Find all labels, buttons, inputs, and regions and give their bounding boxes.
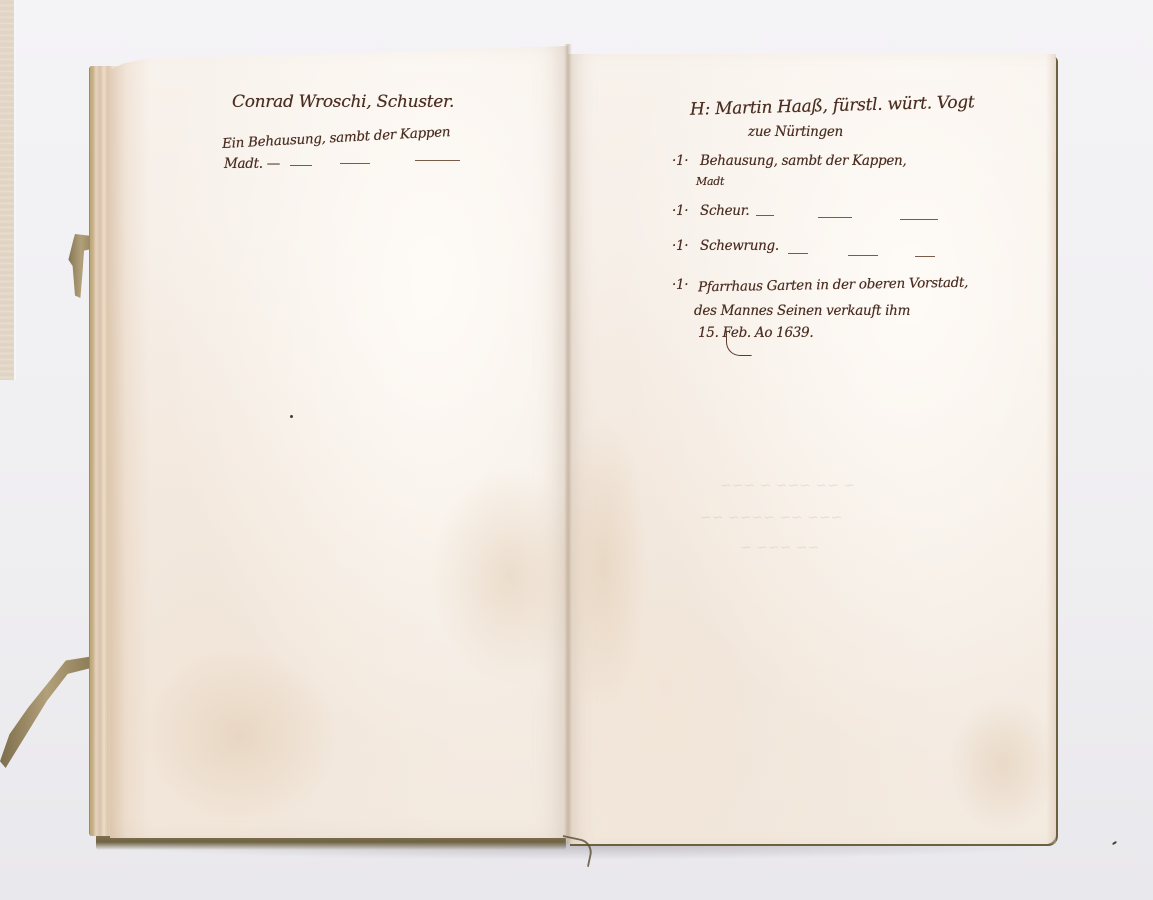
left-entry-name: Conrad Wroschi, Schuster. [232,92,454,112]
right-heading-line2: zue Nürtingen [748,124,843,140]
paper-stain [140,646,340,826]
paper-stain [948,694,1058,834]
wooden-surface-edge [0,0,14,380]
item-continuation: des Mannes Seinen verkauft ihm [694,303,910,319]
item-continuation: Madt [696,175,724,188]
ink-speck [290,415,293,418]
item-marker: ·1· [672,238,688,254]
item-date: 15. Feb. Ao 1639. [698,325,813,341]
item-marker: ·1· [672,277,688,293]
fill-dash [818,217,852,218]
item-marker: ·1· [672,153,688,169]
showthrough-text: ~~~ ~~ ~~~~ ~~ [700,510,842,526]
item-text: Schewrung. [700,238,779,254]
left-page [110,46,568,838]
fill-dash [756,215,774,216]
showthrough-text: ~~ ~~~ ~ [740,540,819,556]
fill-dash [915,256,935,257]
showthrough-text: ~ ~~ ~~~ ~ ~~~ [720,478,855,494]
fill-dash [415,160,460,161]
item-marker: ·1· [672,203,688,219]
book-gutter [564,44,572,844]
fill-dash [290,165,312,166]
left-entry-line: Madt. — [224,156,280,172]
item-text: Scheur. [700,203,749,219]
fill-dash [900,219,938,220]
right-page [568,54,1056,844]
pen-swash [726,330,752,356]
fill-dash [788,253,808,254]
item-text: Behausung, sambt der Kappen, [700,153,906,169]
fill-dash [340,163,370,164]
fill-dash [848,255,878,256]
